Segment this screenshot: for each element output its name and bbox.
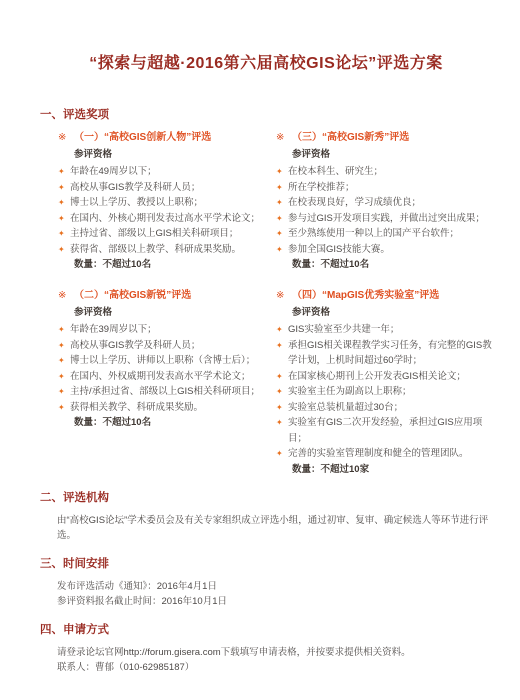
- list-item: ✦所在学校推荐；: [276, 180, 492, 196]
- reference-mark-icon: ※: [276, 288, 292, 303]
- criteria-text: 博士以上学历、教授以上职称；: [70, 195, 266, 211]
- list-item: ✦实验室总装机量超过30台；: [276, 400, 492, 416]
- award-block-2: ※ （二）“高校GIS新锐”评选 参评资格 ✦年龄在39周岁以下； ✦高校从事G…: [58, 288, 266, 478]
- qualification-label: 参评资格: [74, 305, 266, 320]
- diamond-bullet-icon: ✦: [276, 164, 288, 180]
- diamond-bullet-icon: ✦: [276, 226, 288, 242]
- section-heading-awards: 一、评选奖项: [40, 108, 492, 123]
- criteria-text: 参与过GIS开发项目实践，并做出过突出成果；: [288, 211, 492, 227]
- criteria-text: 所在学校推荐；: [288, 180, 492, 196]
- award-heading: ※ （二）“高校GIS新锐”评选: [58, 288, 266, 303]
- quota-line: 数量：不超过10名: [292, 257, 492, 273]
- section-heading-application: 四、申请方式: [40, 623, 492, 638]
- criteria-text: 承担GIS相关课程教学实习任务，有完整的GIS教学计划，上机时间超过60学时；: [288, 338, 492, 369]
- list-item: ✦在国家核心期刊上公开发表GIS相关论文；: [276, 369, 492, 385]
- list-item: ✦实验室有GIS二次开发经验，承担过GIS应用项目；: [276, 415, 492, 446]
- criteria-list: ✦年龄在39周岁以下； ✦高校从事GIS教学及科研人员； ✦博士以上学历、讲师以…: [58, 322, 266, 415]
- diamond-bullet-icon: ✦: [58, 353, 70, 369]
- document-page: “探索与超越·2016第六届高校GIS论坛”评选方案 一、评选奖项 ※ （一）“…: [0, 0, 520, 700]
- list-item: ✦高校从事GIS教学及科研人员；: [58, 180, 266, 196]
- diamond-bullet-icon: ✦: [276, 180, 288, 196]
- list-item: ✦参与过GIS开发项目实践，并做出过突出成果；: [276, 211, 492, 227]
- diamond-bullet-icon: ✦: [58, 384, 70, 400]
- list-item: ✦主持过省、部级以上GIS相关科研项目；: [58, 226, 266, 242]
- list-item: ✦博士以上学历、教授以上职称；: [58, 195, 266, 211]
- award-heading: ※ （三）“高校GIS新秀”评选: [276, 130, 492, 145]
- schedule-notice-date: 发布评选活动《通知》：2016年4月1日: [57, 579, 492, 595]
- diamond-bullet-icon: ✦: [58, 195, 70, 211]
- criteria-text: 主持过省、部级以上GIS相关科研项目；: [70, 226, 266, 242]
- list-item: ✦高校从事GIS教学及科研人员；: [58, 338, 266, 354]
- criteria-text: 实验室有GIS二次开发经验，承担过GIS应用项目；: [288, 415, 492, 446]
- list-item: ✦在国内、外核心期刊发表过高水平学术论文；: [58, 211, 266, 227]
- diamond-bullet-icon: ✦: [58, 211, 70, 227]
- list-item: ✦获得省、部级以上教学、科研成果奖励。: [58, 242, 266, 258]
- qualification-label: 参评资格: [292, 305, 492, 320]
- diamond-bullet-icon: ✦: [276, 446, 288, 462]
- criteria-text: 在国家核心期刊上公开发表GIS相关论文；: [288, 369, 492, 385]
- criteria-text: 实验室主任为副高以上职称；: [288, 384, 492, 400]
- criteria-text: 至少熟练使用一种以上的国产平台软件；: [288, 226, 492, 242]
- schedule-deadline: 参评资料报名截止时间：2016年10月1日: [57, 594, 492, 610]
- list-item: ✦主持/承担过省、部级以上GIS相关科研项目；: [58, 384, 266, 400]
- list-item: ✦在校表现良好，学习成绩优良；: [276, 195, 492, 211]
- criteria-text: 年龄在39周岁以下；: [70, 322, 266, 338]
- section-heading-organization: 二、评选机构: [40, 491, 492, 506]
- qualification-label: 参评资格: [74, 147, 266, 162]
- award-title: （二）“高校GIS新锐”评选: [74, 288, 191, 303]
- application-contact: 联系人：曹郁（010-62985187）: [57, 660, 492, 676]
- list-item: ✦年龄在39周岁以下；: [58, 322, 266, 338]
- criteria-list: ✦年龄在49周岁以下； ✦高校从事GIS教学及科研人员； ✦博士以上学历、教授以…: [58, 164, 266, 257]
- diamond-bullet-icon: ✦: [276, 211, 288, 227]
- criteria-text: 在国内、外核心期刊发表过高水平学术论文；: [70, 211, 266, 227]
- diamond-bullet-icon: ✦: [58, 226, 70, 242]
- list-item: ✦实验室主任为副高以上职称；: [276, 384, 492, 400]
- diamond-bullet-icon: ✦: [58, 180, 70, 196]
- diamond-bullet-icon: ✦: [276, 242, 288, 258]
- award-title: （四）“MapGIS优秀实验室”评选: [292, 288, 439, 303]
- criteria-text: 在校本科生、研究生；: [288, 164, 492, 180]
- section-organization: 二、评选机构 由“高校GIS论坛”学术委员会及有关专家组织成立评选小组，通过初审…: [40, 491, 492, 544]
- criteria-text: 实验室总装机量超过30台；: [288, 400, 492, 416]
- list-item: ✦博士以上学历、讲师以上职称（含博士后）；: [58, 353, 266, 369]
- criteria-text: 完善的实验室管理制度和健全的管理团队。: [288, 446, 492, 462]
- criteria-text: 在校表现良好，学习成绩优良；: [288, 195, 492, 211]
- diamond-bullet-icon: ✦: [58, 242, 70, 258]
- quota-line: 数量：不超过10家: [292, 462, 492, 478]
- diamond-bullet-icon: ✦: [276, 195, 288, 211]
- list-item: ✦年龄在49周岁以下；: [58, 164, 266, 180]
- qualification-label: 参评资格: [292, 147, 492, 162]
- list-item: ✦在校本科生、研究生；: [276, 164, 492, 180]
- criteria-list: ✦在校本科生、研究生； ✦所在学校推荐； ✦在校表现良好，学习成绩优良； ✦参与…: [276, 164, 492, 257]
- awards-grid: ※ （一）“高校GIS创新人物”评选 参评资格 ✦年龄在49周岁以下； ✦高校从…: [58, 130, 492, 478]
- reference-mark-icon: ※: [276, 130, 292, 145]
- list-item: ✦承担GIS相关课程教学实习任务，有完整的GIS教学计划，上机时间超过60学时；: [276, 338, 492, 369]
- diamond-bullet-icon: ✦: [276, 369, 288, 385]
- diamond-bullet-icon: ✦: [58, 164, 70, 180]
- diamond-bullet-icon: ✦: [276, 415, 288, 446]
- criteria-text: 获得省、部级以上教学、科研成果奖励。: [70, 242, 266, 258]
- diamond-bullet-icon: ✦: [58, 322, 70, 338]
- diamond-bullet-icon: ✦: [276, 338, 288, 369]
- diamond-bullet-icon: ✦: [276, 400, 288, 416]
- criteria-list: ✦GIS实验室至少共建一年； ✦承担GIS相关课程教学实习任务，有完整的GIS教…: [276, 322, 492, 462]
- criteria-text: 在国内、外权威期刊发表高水平学术论文；: [70, 369, 266, 385]
- section-awards: 一、评选奖项 ※ （一）“高校GIS创新人物”评选 参评资格 ✦年龄在49周岁以…: [40, 108, 492, 478]
- section-schedule: 三、时间安排 发布评选活动《通知》：2016年4月1日 参评资料报名截止时间：2…: [40, 557, 492, 610]
- reference-mark-icon: ※: [58, 288, 74, 303]
- application-instructions: 请登录论坛官网http://forum.gisera.com下载填写申请表格，并…: [57, 645, 492, 661]
- award-block-3: ※ （三）“高校GIS新秀”评选 参评资格 ✦在校本科生、研究生； ✦所在学校推…: [276, 130, 492, 273]
- criteria-text: GIS实验室至少共建一年；: [288, 322, 492, 338]
- quota-line: 数量：不超过10名: [74, 257, 266, 273]
- award-title: （一）“高校GIS创新人物”评选: [74, 130, 211, 145]
- list-item: ✦完善的实验室管理制度和健全的管理团队。: [276, 446, 492, 462]
- award-block-4: ※ （四）“MapGIS优秀实验室”评选 参评资格 ✦GIS实验室至少共建一年；…: [276, 288, 492, 478]
- award-heading: ※ （一）“高校GIS创新人物”评选: [58, 130, 266, 145]
- organization-body: 由“高校GIS论坛”学术委员会及有关专家组织成立评选小组，通过初审、复审、确定候…: [57, 513, 492, 544]
- award-heading: ※ （四）“MapGIS优秀实验室”评选: [276, 288, 492, 303]
- list-item: ✦在国内、外权威期刊发表高水平学术论文；: [58, 369, 266, 385]
- list-item: ✦GIS实验室至少共建一年；: [276, 322, 492, 338]
- criteria-text: 博士以上学历、讲师以上职称（含博士后）；: [70, 353, 266, 369]
- diamond-bullet-icon: ✦: [58, 338, 70, 354]
- criteria-text: 高校从事GIS教学及科研人员；: [70, 180, 266, 196]
- list-item: ✦获得相关教学、科研成果奖励。: [58, 400, 266, 416]
- diamond-bullet-icon: ✦: [58, 369, 70, 385]
- criteria-text: 主持/承担过省、部级以上GIS相关科研项目；: [70, 384, 266, 400]
- quota-line: 数量：不超过10名: [74, 415, 266, 431]
- diamond-bullet-icon: ✦: [276, 384, 288, 400]
- award-block-1: ※ （一）“高校GIS创新人物”评选 参评资格 ✦年龄在49周岁以下； ✦高校从…: [58, 130, 266, 273]
- criteria-text: 年龄在49周岁以下；: [70, 164, 266, 180]
- diamond-bullet-icon: ✦: [276, 322, 288, 338]
- criteria-text: 获得相关教学、科研成果奖励。: [70, 400, 266, 416]
- list-item: ✦至少熟练使用一种以上的国产平台软件；: [276, 226, 492, 242]
- page-title: “探索与超越·2016第六届高校GIS论坛”评选方案: [40, 54, 492, 74]
- criteria-text: 参加全国GIS技能大赛。: [288, 242, 492, 258]
- section-heading-schedule: 三、时间安排: [40, 557, 492, 572]
- section-application: 四、申请方式 请登录论坛官网http://forum.gisera.com下载填…: [40, 623, 492, 676]
- diamond-bullet-icon: ✦: [58, 400, 70, 416]
- criteria-text: 高校从事GIS教学及科研人员；: [70, 338, 266, 354]
- award-title: （三）“高校GIS新秀”评选: [292, 130, 409, 145]
- list-item: ✦参加全国GIS技能大赛。: [276, 242, 492, 258]
- reference-mark-icon: ※: [58, 130, 74, 145]
